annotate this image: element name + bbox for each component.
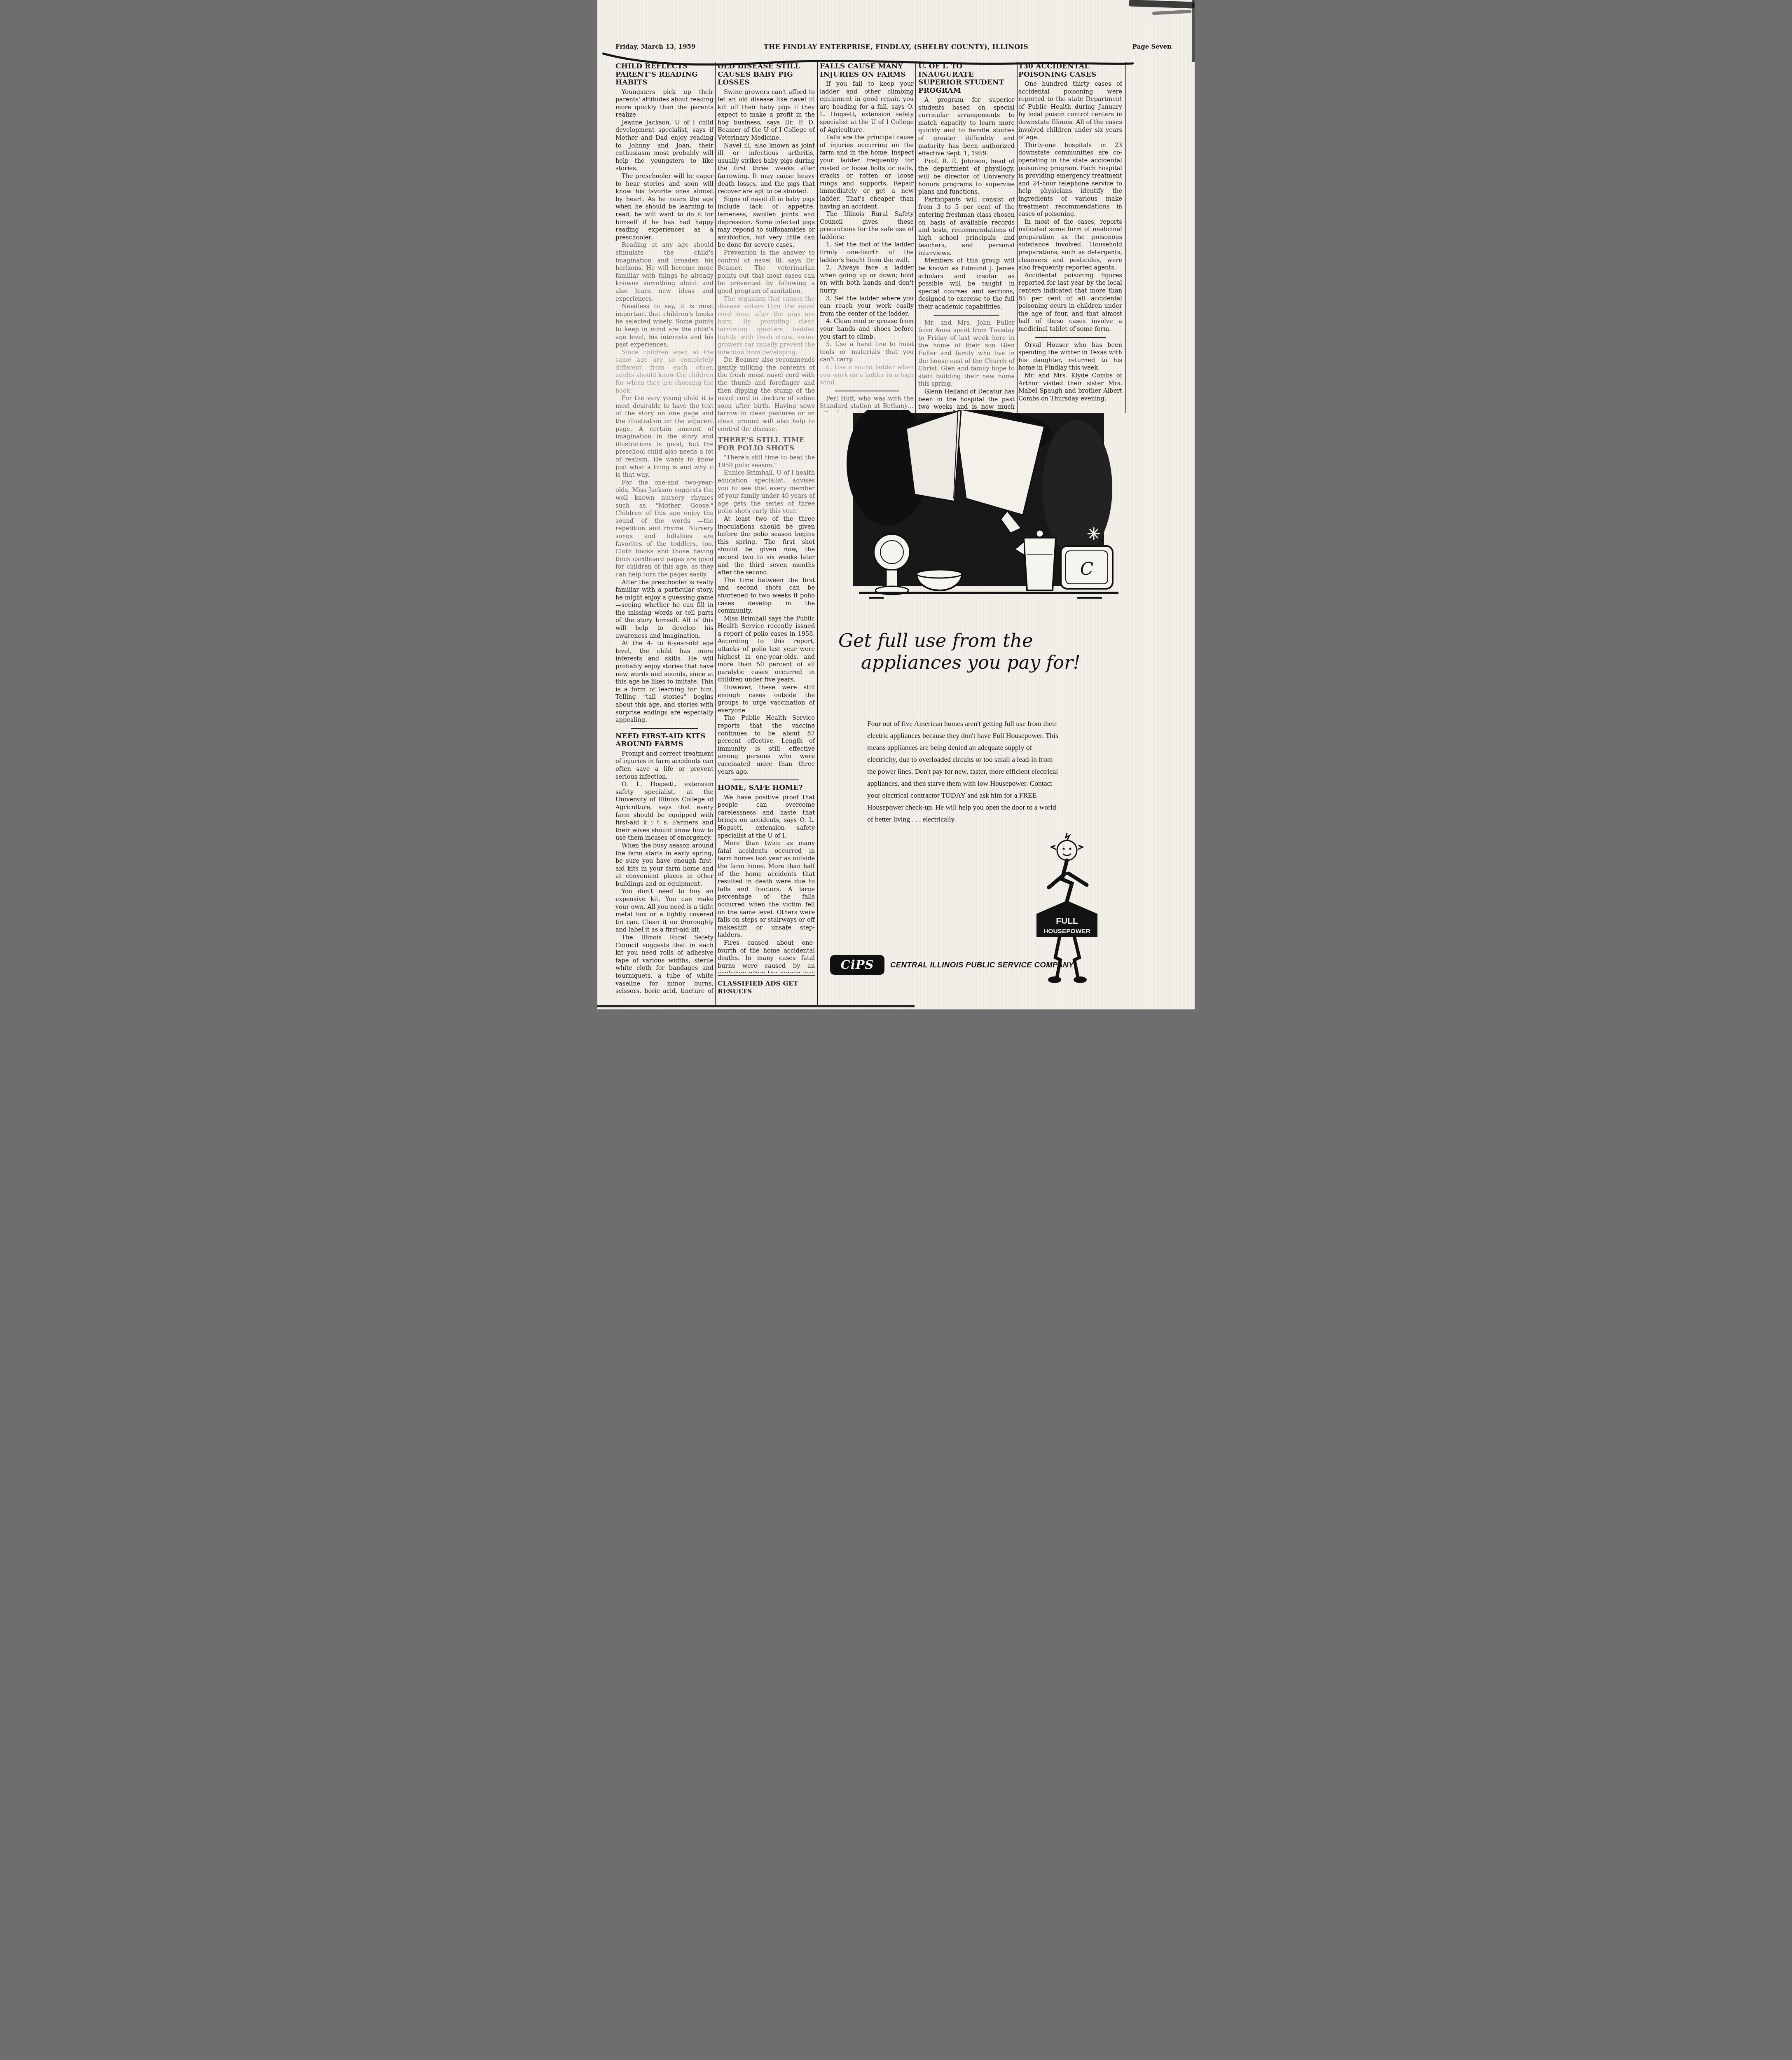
- paragraph: Swine growers can't afford to let an old…: [718, 89, 815, 142]
- paragraph: O. L. Hogsett, extension safety speciali…: [615, 781, 714, 842]
- paragraph: The preschooler will be eager to hear st…: [615, 173, 714, 241]
- toaster-icon: C: [1061, 546, 1113, 589]
- paragraph: Miss Brimhall says the Public Health Ser…: [718, 615, 815, 684]
- classified-ads-banner: CLASSIFIED ADS GET RESULTS: [718, 975, 815, 995]
- paragraph: The Illinois Rural Safety Council sugges…: [615, 934, 714, 995]
- article-headline: CHILD REFLECTS PARENT'S READING HABITS: [615, 63, 714, 87]
- paragraph: 3. Set the ladder where you can reach yo…: [820, 295, 914, 318]
- paragraph: "There's still time to beat the 1959 pol…: [718, 454, 815, 469]
- ad-headline: Get full use from the appliances you pay…: [838, 630, 1110, 673]
- column-5: 130 ACCIDENTAL POISONING CASESOne hundre…: [1018, 63, 1122, 412]
- full-housepower-sign: FULL HOUSEPOWER: [1036, 901, 1097, 937]
- article-headline: NEED FIRST-AID KITS AROUND FARMS: [615, 733, 714, 749]
- article-headline: 130 ACCIDENTAL POISONING CASES: [1018, 63, 1122, 79]
- paragraph: A program for superior students based on…: [918, 96, 1015, 158]
- divider: [1035, 337, 1105, 338]
- column-1: CHILD REFLECTS PARENT'S READING HABITSYo…: [615, 63, 714, 995]
- column-rule: [1017, 62, 1018, 413]
- paragraph: 5. Use a hand line to hoist tools or mat…: [820, 341, 914, 364]
- paragraph: In most of the cases, reports indicated …: [1018, 218, 1122, 272]
- column-rule: [715, 62, 716, 1006]
- divider: [835, 391, 898, 391]
- paragraph: 6. Use a sound ladder when you work on a…: [820, 364, 914, 387]
- ad-headline-line2: appliances you pay for!: [861, 651, 1110, 673]
- paragraph: Participants will consist of from 3 to 5…: [918, 196, 1015, 257]
- ad-headline-line1: Get full use from the: [838, 630, 1110, 651]
- company-name: CENTRAL ILLINOIS PUBLIC SERVICE COMPANY: [890, 960, 1074, 969]
- paragraph: Falls are the principal cause of injurie…: [820, 134, 914, 211]
- paragraph: Eunice Brimhall, U of I health education…: [718, 469, 815, 515]
- paragraph: Needless to say, it is most important th…: [615, 303, 714, 349]
- paragraph: The Public Health Service reports that t…: [718, 714, 815, 776]
- paragraph: At least two of the three inoculations s…: [718, 515, 815, 577]
- paragraph: More than twice as many fatal accidents …: [718, 840, 815, 939]
- scan-bottom-streak: [597, 1005, 915, 1007]
- divider: [733, 780, 799, 780]
- masthead: THE FINDLAY ENTERPRISE, FINDLAY, (SHELBY…: [597, 43, 1195, 51]
- sign-text-full: FULL: [1056, 916, 1078, 926]
- mascot-head-icon: [1051, 833, 1083, 860]
- paragraph: Accidental poisoning figures reported fo…: [1018, 272, 1122, 333]
- paragraph: The organism that causes the disease ent…: [718, 295, 815, 357]
- paragraph: Members of this group will be known as E…: [918, 257, 1015, 311]
- paragraph: 4. Clean mud or grease from your hands a…: [820, 318, 914, 341]
- column-4: U. OF I. TO INAUGURATE SUPERIOR STUDENT …: [918, 63, 1015, 412]
- sparkle-icon: [1088, 527, 1100, 540]
- article-headline: HOME, SAFE HOME?: [718, 784, 815, 792]
- paragraph: Orval Houser who has been spending the w…: [1018, 342, 1122, 372]
- article-headline: OLD DISEASE STILL CAUSES BABY PIG LOSSES: [718, 63, 815, 87]
- paragraph: You don't need to buy an expensive kit. …: [615, 888, 714, 934]
- paragraph: Signs of navel ill in baby pigs include …: [718, 196, 815, 249]
- paragraph: Dr. Beamer also recommends gently milkin…: [718, 356, 815, 433]
- page-number: Page Seven: [1132, 43, 1172, 50]
- article-headline: U. OF I. TO INAUGURATE SUPERIOR STUDENT …: [918, 63, 1015, 95]
- paragraph: 1. Set the foot of the ladder firmly one…: [820, 241, 914, 264]
- paragraph: We have positive proof that people can o…: [718, 794, 815, 840]
- article-headline: FALLS CAUSE MANY INJURIES ON FARMS: [820, 63, 914, 79]
- ad-signature-row: CiPS CENTRAL ILLINOIS PUBLIC SERVICE COM…: [830, 955, 1127, 975]
- paragraph: Reading at any age should stimulate the …: [615, 241, 714, 303]
- paragraph: Navel ill, also known as joint ill or in…: [718, 142, 815, 196]
- paragraph: However, these were still enough cases o…: [718, 684, 815, 714]
- ad-body-copy: Four out of five American homes aren't g…: [867, 718, 1063, 825]
- paragraph: Since children even at the same age are …: [615, 349, 714, 395]
- paragraph: One hundred thirty cases of accidental p…: [1018, 80, 1122, 142]
- paragraph: If you fail to keep your ladder and othe…: [820, 80, 914, 134]
- paragraph: At the 4- to 6-year-old age level, the c…: [615, 640, 714, 724]
- paragraph: Prompt and correct treatment of injuries…: [615, 750, 714, 781]
- paragraph: The time between the first and second sh…: [718, 577, 815, 615]
- paragraph: After the preschooler is really familiar…: [615, 579, 714, 640]
- sign-text-housepower: HOUSEPOWER: [1043, 928, 1090, 935]
- paragraph: For the one-and two-year-olds, Miss Jack…: [615, 479, 714, 579]
- paragraph: Mr. and Mrs. John Fuller from Anna spent…: [918, 319, 1015, 388]
- paragraph: The Illinois Rural Safety Council gives …: [820, 211, 914, 241]
- scan-smudge: [1152, 10, 1191, 15]
- paragraph: Youngsters pick up their parents' attitu…: [615, 89, 714, 119]
- paragraph: Prof. R. E. Johnson, head of the departm…: [918, 158, 1015, 196]
- paragraph: Prevention is the answer to control of n…: [718, 249, 815, 295]
- column-rule: [915, 62, 916, 413]
- paragraph: Glenn Heiland ot Decatur has been in the…: [918, 388, 1015, 412]
- bowl-icon: [917, 570, 962, 590]
- paragraph: 2. Always face a ladder when going up or…: [820, 264, 914, 295]
- paragraph: Mr. and Mrs. Klyde Combs of Arthur visit…: [1018, 372, 1122, 403]
- column-rule: [817, 62, 818, 1006]
- appliances-illustration: C: [830, 410, 1129, 616]
- article-headline: THERE'S STILL TIME FOR POLIO SHOTS: [718, 436, 815, 452]
- paragraph: When the busy season around the farm sta…: [615, 842, 714, 888]
- toaster-monogram: C: [1080, 559, 1093, 579]
- paragraph: For the very young child it is most desi…: [615, 395, 714, 479]
- paragraph: Perl Huff, who was with the Standard sta…: [820, 395, 914, 412]
- column-rule: [1125, 62, 1126, 413]
- column-2: OLD DISEASE STILL CAUSES BABY PIG LOSSES…: [718, 63, 815, 973]
- column-3: FALLS CAUSE MANY INJURIES ON FARMSIf you…: [820, 63, 914, 412]
- cips-logo: CiPS: [830, 955, 884, 975]
- paragraph: Thirty-one hospitals in 23 downstate com…: [1018, 142, 1122, 218]
- scan-smudge: [1129, 0, 1195, 9]
- paragraph: Jeanne Jackson, U of I child development…: [615, 119, 714, 173]
- newspaper-page: Friday, March 13, 1959 THE FINDLAY ENTER…: [597, 0, 1195, 1009]
- divider: [631, 728, 698, 729]
- paragraph: Fires caused about one-fourth of the hom…: [718, 939, 815, 973]
- mascot-body-icon: [1049, 860, 1087, 904]
- divider: [933, 315, 999, 316]
